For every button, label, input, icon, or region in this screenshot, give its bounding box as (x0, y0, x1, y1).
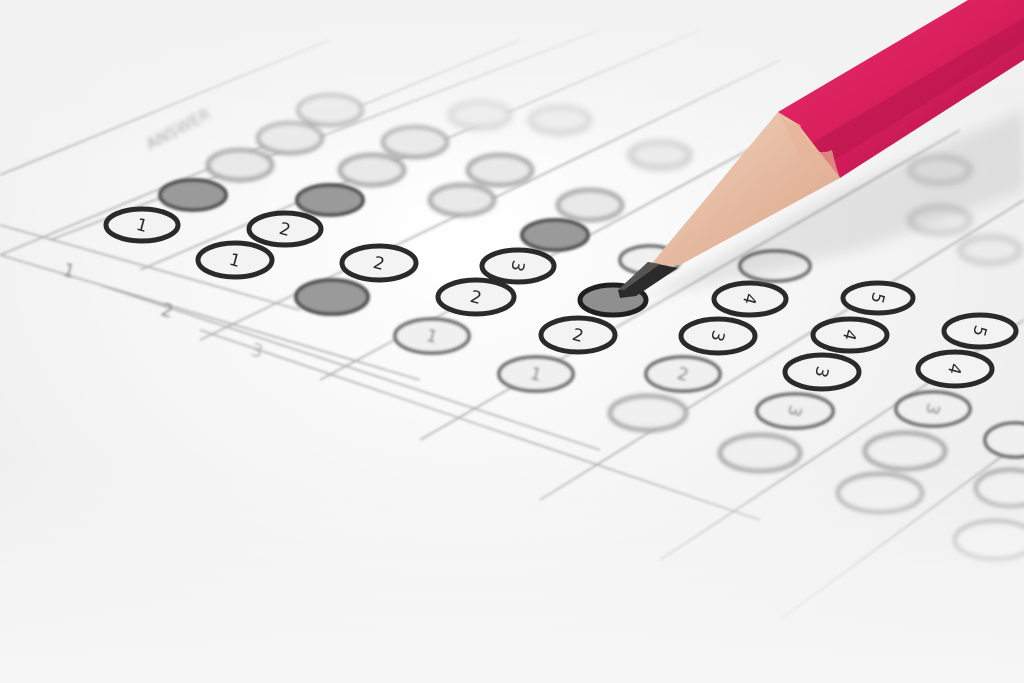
answer-sheet-photo: ANSWER 1 2 3 (0, 0, 1024, 683)
pencil (0, 0, 1024, 683)
